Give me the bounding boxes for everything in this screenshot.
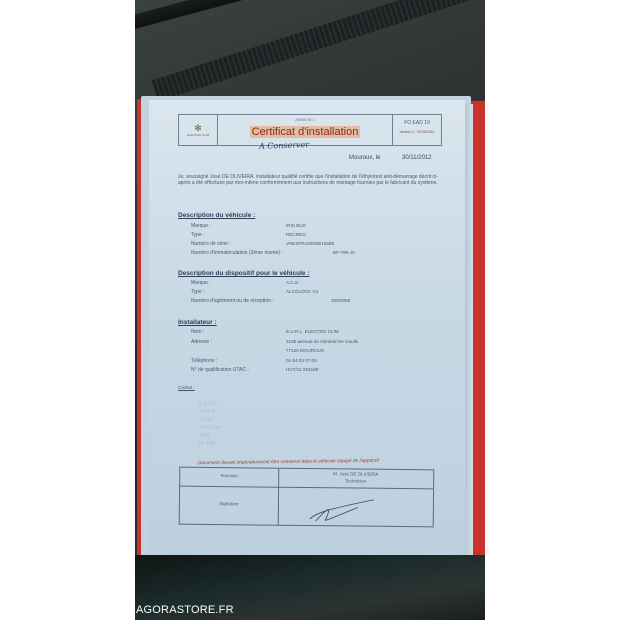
annex-label: ANNEXE 1 (218, 117, 392, 122)
certificate-header: ✻ ELECTRO CLIM ANNEXE 1 Certificat d'ins… (178, 114, 442, 146)
wiper-blade (152, 0, 485, 101)
field-label: Téléphone : (191, 358, 217, 364)
signature-table: Fonction M. José DE OLIVEIRA Technicien … (179, 467, 435, 528)
field-label: Nom : (191, 329, 204, 335)
stamp-line: 77120 (199, 416, 279, 424)
field-value: E.U.R.L. ELECTRO CLIM (286, 329, 339, 334)
field-value: VNESFR1600M010588 (286, 241, 334, 246)
field-label: Numéro de série : (191, 241, 231, 247)
watermark: AGORASTORE.FR (136, 604, 234, 616)
field-label: Type : (191, 289, 205, 295)
field-label: Numéro d'agrément ou de réception : (191, 298, 274, 304)
field-value: IRIS BUS (286, 223, 306, 228)
vehicle-heading: Description du véhicule : (178, 212, 255, 219)
stamp-line: Siret (199, 432, 279, 440)
intro-paragraph: Je, soussigné José DE OLIVEIRA, installa… (178, 174, 443, 187)
org-logo: ✻ ELECTRO CLIM (179, 115, 218, 145)
field-value: 10/00058 (331, 298, 350, 303)
place-date: Mouroux, le 30/11/2012 (349, 155, 432, 161)
document-title: Certificat d'installation (250, 126, 361, 138)
field-value: BF-789-JV (333, 250, 355, 255)
stamp-line: N° TVA (199, 440, 279, 448)
stamp-line: 2105 Av. (199, 408, 279, 416)
company-stamp: E.U.R.L.2105 Av.77120Tél 01 64SiretN° TV… (199, 400, 279, 450)
device-heading: Description du dispositif pour le véhicu… (178, 270, 309, 277)
place-label: Mouroux, le (349, 155, 380, 161)
reference-code: FO EAD 10 (393, 120, 441, 126)
handwritten-note: A Conserver (259, 140, 309, 151)
field-value: A.C.S. (286, 280, 299, 285)
field-label: Marque : (191, 223, 211, 229)
installer-heading: Installateur : (178, 319, 217, 326)
date-value: 30/11/2012 (402, 155, 432, 161)
field-value: 2105 avenue du Général De Gaulle (286, 339, 358, 344)
field-label: Marque : (191, 280, 211, 286)
field-label: Numéro d'immatriculation (2ème monte) : (191, 250, 283, 256)
document-photo: ✻ ELECTRO CLIM ANNEXE 1 Certificat d'ins… (135, 0, 485, 620)
version-label: Version 2 - 02/06/2011 (393, 130, 441, 134)
logo-text: ELECTRO CLIM (187, 133, 209, 137)
field-value: 01 64 03 07 09 (286, 358, 317, 363)
field-value: ALCOLOCK V3 (286, 289, 318, 294)
field-value: 77120 MOUROUX (286, 348, 324, 353)
field-label: Adresse : (191, 339, 212, 345)
field-label: N° de qualification UTAC : (191, 367, 249, 373)
certificate-page: ✻ ELECTRO CLIM ANNEXE 1 Certificat d'ins… (149, 100, 465, 555)
field-label: Type : (191, 232, 205, 238)
field-value: RECREO (286, 232, 306, 237)
stamp-line: E.U.R.L. (199, 400, 279, 408)
org-logo-icon: ✻ (194, 124, 202, 133)
field-value: HCT/11.X01189 (286, 367, 318, 372)
handwritten-signature (308, 497, 378, 524)
stamp-line: Tél 01 64 (199, 424, 279, 432)
function-label: Fonction (180, 473, 278, 479)
retention-notice: Document devant impérativement être cons… (198, 459, 379, 467)
signature-label: Signature (180, 501, 278, 507)
cachet-label: Cachet : (178, 385, 195, 390)
